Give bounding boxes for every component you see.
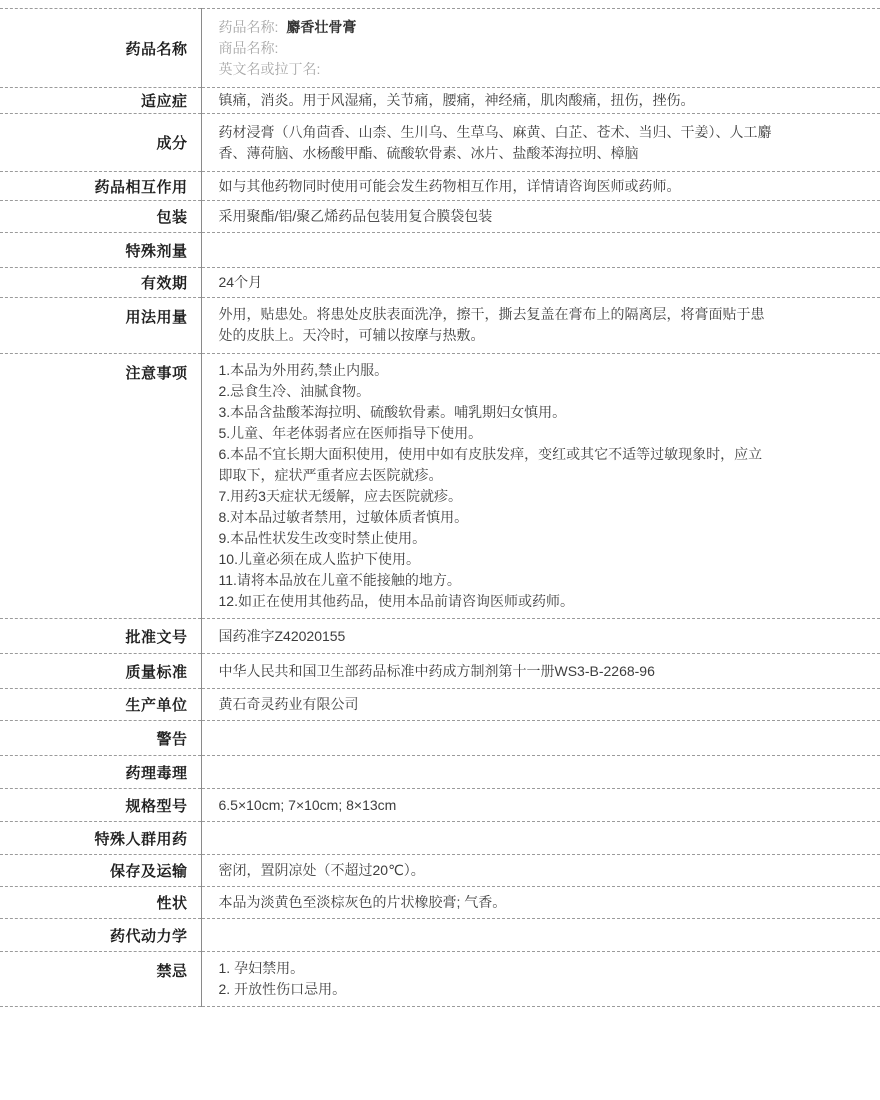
row-label: 警告 <box>0 721 201 756</box>
row-specification: 规格型号 6.5×10cm; 7×10cm; 8×13cm <box>0 789 880 822</box>
row-label: 包装 <box>0 201 201 233</box>
row-label: 注意事项 <box>0 354 201 619</box>
precaution-item: 3.本品含盐酸苯海拉明、硫酸软骨素。哺乳期妇女慎用。 <box>219 402 777 423</box>
row-label: 药品名称 <box>0 9 201 88</box>
row-label: 保存及运输 <box>0 855 201 887</box>
precaution-item: 5.儿童、年老体弱者应在医师指导下使用。 <box>219 423 777 444</box>
row-label: 质量标准 <box>0 654 201 689</box>
row-label: 特殊剂量 <box>0 233 201 268</box>
drug-name-line: 药品名称:麝香壮骨膏 <box>219 17 777 38</box>
row-drug-name: 药品名称 药品名称:麝香壮骨膏 商品名称: 英文名或拉丁名: <box>0 9 880 88</box>
field-key: 药品名称: <box>219 19 279 35</box>
row-label: 禁忌 <box>0 952 201 1007</box>
row-value <box>201 233 880 268</box>
row-value: 1.本品为外用药,禁止内服。 2.忌食生冷、油腻食物。 3.本品含盐酸苯海拉明、… <box>201 354 880 619</box>
row-value: 24个月 <box>201 268 880 298</box>
row-value: 黄石奇灵药业有限公司 <box>201 689 880 721</box>
row-label: 特殊人群用药 <box>0 822 201 855</box>
precaution-item: 9.本品性状发生改变时禁止使用。 <box>219 528 777 549</box>
row-value <box>201 822 880 855</box>
precaution-item: 12.如正在使用其他药品，使用本品前请咨询医师或药师。 <box>219 591 777 612</box>
row-label: 药品相互作用 <box>0 172 201 201</box>
row-label: 有效期 <box>0 268 201 298</box>
precaution-item: 8.对本品过敏者禁用，过敏体质者慎用。 <box>219 507 777 528</box>
row-storage-transport: 保存及运输 密闭，置阴凉处（不超过20℃）。 <box>0 855 880 887</box>
row-label: 生产单位 <box>0 689 201 721</box>
row-value <box>201 721 880 756</box>
contraindication-item: 1. 孕妇禁用。 <box>219 958 777 979</box>
row-value: 本品为淡黄色至淡棕灰色的片状橡胶膏; 气香。 <box>201 887 880 919</box>
row-value: 药品名称:麝香壮骨膏 商品名称: 英文名或拉丁名: <box>201 9 880 88</box>
trade-name-line: 商品名称: <box>219 38 777 59</box>
row-label: 用法用量 <box>0 298 201 354</box>
drug-info-table: 药品名称 药品名称:麝香壮骨膏 商品名称: 英文名或拉丁名: 适应症 镇痛，消炎… <box>0 8 880 1007</box>
row-label: 成分 <box>0 114 201 172</box>
row-label: 批准文号 <box>0 619 201 654</box>
row-contraindications: 禁忌 1. 孕妇禁用。 2. 开放性伤口忌用。 <box>0 952 880 1007</box>
row-special-populations: 特殊人群用药 <box>0 822 880 855</box>
row-value: 采用聚酯/铝/聚乙烯药品包装用复合膜袋包装 <box>201 201 880 233</box>
precaution-item: 11.请将本品放在儿童不能接触的地方。 <box>219 570 777 591</box>
row-description: 性状 本品为淡黄色至淡棕灰色的片状橡胶膏; 气香。 <box>0 887 880 919</box>
row-approval-number: 批准文号 国药准字Z42020155 <box>0 619 880 654</box>
row-value <box>201 756 880 789</box>
precaution-item: 6.本品不宜长期大面积使用，使用中如有皮肤发痒，变红或其它不适等过敏现象时，应立… <box>219 444 777 486</box>
row-pharmacology-toxicology: 药理毒理 <box>0 756 880 789</box>
row-value: 外用，贴患处。将患处皮肤表面洗净，擦干，撕去复盖在膏布上的隔离层，将膏面贴于患处… <box>201 298 880 354</box>
row-value: 如与其他药物同时使用可能会发生药物相互作用，详情请咨询医师或药师。 <box>201 172 880 201</box>
precaution-item: 10.儿童必须在成人监护下使用。 <box>219 549 777 570</box>
row-dosage-usage: 用法用量 外用，贴患处。将患处皮肤表面洗净，擦干，撕去复盖在膏布上的隔离层，将膏… <box>0 298 880 354</box>
row-value: 国药准字Z42020155 <box>201 619 880 654</box>
precaution-item: 2.忌食生冷、油腻食物。 <box>219 381 777 402</box>
field-key: 英文名或拉丁名: <box>219 61 321 77</box>
row-label: 规格型号 <box>0 789 201 822</box>
row-precautions: 注意事项 1.本品为外用药,禁止内服。 2.忌食生冷、油腻食物。 3.本品含盐酸… <box>0 354 880 619</box>
row-label: 药代动力学 <box>0 919 201 952</box>
row-label: 适应症 <box>0 88 201 114</box>
row-ingredients: 成分 药材浸膏（八角茴香、山柰、生川乌、生草乌、麻黄、白芷、苍术、当归、干姜）、… <box>0 114 880 172</box>
row-shelf-life: 有效期 24个月 <box>0 268 880 298</box>
row-quality-standard: 质量标准 中华人民共和国卫生部药品标准中药成方制剂第十一册WS3-B-2268-… <box>0 654 880 689</box>
row-packaging: 包装 采用聚酯/铝/聚乙烯药品包装用复合膜袋包装 <box>0 201 880 233</box>
row-value <box>201 919 880 952</box>
row-label: 药理毒理 <box>0 756 201 789</box>
row-value: 药材浸膏（八角茴香、山柰、生川乌、生草乌、麻黄、白芷、苍术、当归、干姜）、人工麝… <box>201 114 880 172</box>
precaution-item: 7.用药3天症状无缓解，应去医院就疹。 <box>219 486 777 507</box>
row-value: 1. 孕妇禁用。 2. 开放性伤口忌用。 <box>201 952 880 1007</box>
row-pharmacokinetics: 药代动力学 <box>0 919 880 952</box>
row-special-dosage: 特殊剂量 <box>0 233 880 268</box>
precaution-item: 1.本品为外用药,禁止内服。 <box>219 360 777 381</box>
row-value: 镇痛，消炎。用于风湿痛，关节痛，腰痛，神经痛，肌肉酸痛，扭伤，挫伤。 <box>201 88 880 114</box>
row-interactions: 药品相互作用 如与其他药物同时使用可能会发生药物相互作用，详情请咨询医师或药师。 <box>0 172 880 201</box>
row-warning: 警告 <box>0 721 880 756</box>
row-label: 性状 <box>0 887 201 919</box>
row-value: 6.5×10cm; 7×10cm; 8×13cm <box>201 789 880 822</box>
row-value: 中华人民共和国卫生部药品标准中药成方制剂第十一册WS3-B-2268-96 <box>201 654 880 689</box>
contraindication-item: 2. 开放性伤口忌用。 <box>219 979 777 1000</box>
field-key: 商品名称: <box>219 40 279 56</box>
field-value: 麝香壮骨膏 <box>286 19 356 35</box>
latin-name-line: 英文名或拉丁名: <box>219 59 777 80</box>
row-indications: 适应症 镇痛，消炎。用于风湿痛，关节痛，腰痛，神经痛，肌肉酸痛，扭伤，挫伤。 <box>0 88 880 114</box>
row-value: 密闭，置阴凉处（不超过20℃）。 <box>201 855 880 887</box>
row-manufacturer: 生产单位 黄石奇灵药业有限公司 <box>0 689 880 721</box>
